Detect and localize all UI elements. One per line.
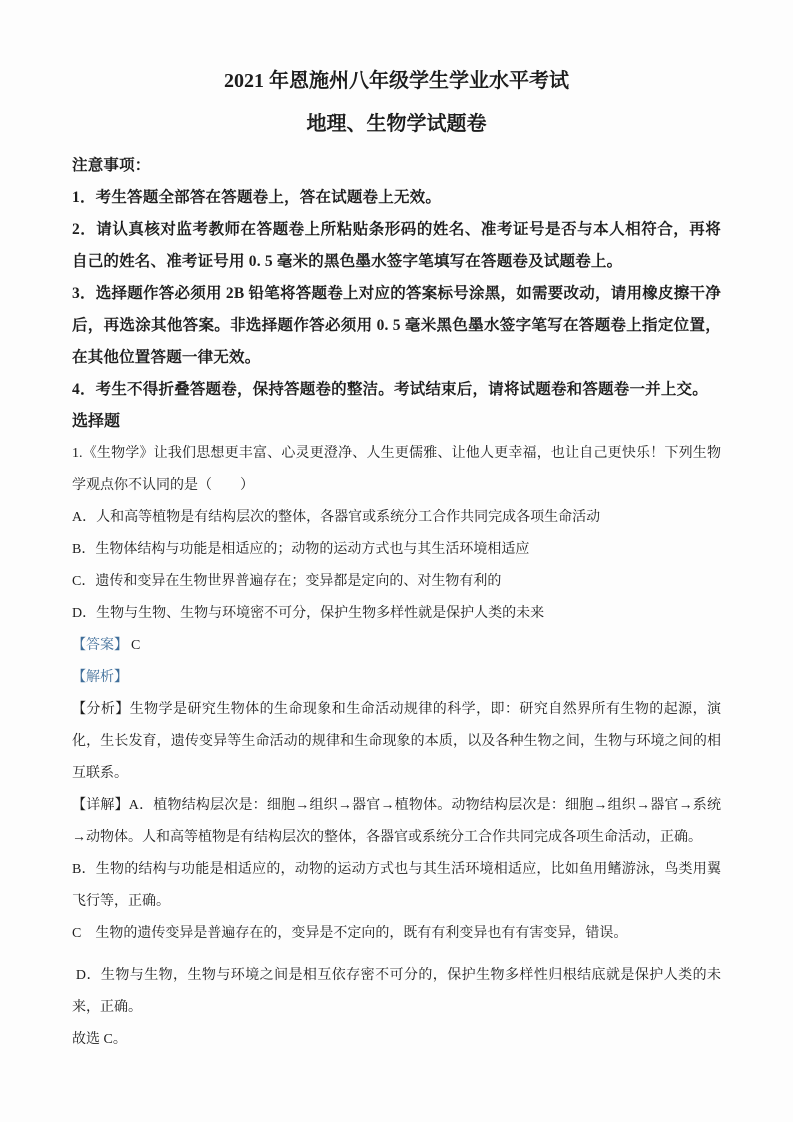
question-option-b: B．生物体结构与功能是相适应的；动物的运动方式也与其生活环境相适应 [72,534,721,566]
answer-value: C [128,638,140,653]
section-heading-multiple-choice: 选择题 [72,406,721,438]
detail-paragraph-a: 【详解】A．植物结构层次是：细胞→组织→器官→植物体。动物结构层次是：细胞→组织… [72,790,721,854]
exam-subtitle: 地理、生物学试题卷 [72,111,721,137]
question-option-d: D．生物与生物、生物与环境密不可分，保护生物多样性就是保护人类的未来 [72,598,721,630]
detail-paragraph-b: B．生物的结构与功能是相适应的，动物的运动方式也与其生活环境相适应，比如鱼用鳍游… [72,854,721,918]
exam-document-page: 2021 年恩施州八年级学生学业水平考试 地理、生物学试题卷 注意事项： 1．考… [0,0,793,1122]
notice-item-4: 4．考生不得折叠答题卷，保持答题卷的整洁。考试结束后，请将试题卷和答题卷一并上交… [72,374,721,406]
exam-title: 2021 年恩施州八年级学生学业水平考试 [72,68,721,94]
notice-item-3: 3．选择题作答必须用 2B 铅笔将答题卷上对应的答案标号涂黑，如需要改动，请用橡… [72,278,721,374]
analysis-label: 【解析】 [72,670,128,685]
notice-heading: 注意事项： [72,150,721,182]
detail-paragraph-c: C 生物的遗传变异是普遍存在的，变异是不定向的，既有有利变异也有有害变异，错误。 [72,918,721,950]
answer-label: 【答案】 [72,638,128,653]
question-option-c: C．遗传和变异在生物世界普遍存在；变异都是定向的、对生物有利的 [72,566,721,598]
question-stem: 1.《生物学》让我们思想更丰富、心灵更澄净、人生更儒雅、让他人更幸福，也让自己更… [72,438,721,502]
notice-item-1: 1．考生答题全部答在答题卷上，答在试题卷上无效。 [72,182,721,214]
analysis-paragraph: 【分析】生物学是研究生物体的生命现象和生命活动规律的科学，即：研究自然界所有生物… [72,694,721,790]
conclusion-line: 故选 C。 [72,1024,721,1056]
question-option-a: A．人和高等植物是有结构层次的整体，各器官或系统分工合作共同完成各项生命活动 [72,502,721,534]
question-1-block: 1.《生物学》让我们思想更丰富、心灵更澄净、人生更儒雅、让他人更幸福，也让自己更… [72,438,721,630]
analysis-label-line: 【解析】 [72,662,721,694]
notice-item-2: 2．请认真核对监考教师在答题卷上所粘贴条形码的姓名、准考证号是否与本人相符合，再… [72,214,721,278]
notice-section: 注意事项： 1．考生答题全部答在答题卷上，答在试题卷上无效。 2．请认真核对监考… [72,150,721,406]
detail-paragraph-d: D．生物与生物，生物与环境之间是相互依存密不可分的，保护生物多样性归根结底就是保… [72,960,721,1024]
answer-line: 【答案】C [72,630,721,662]
